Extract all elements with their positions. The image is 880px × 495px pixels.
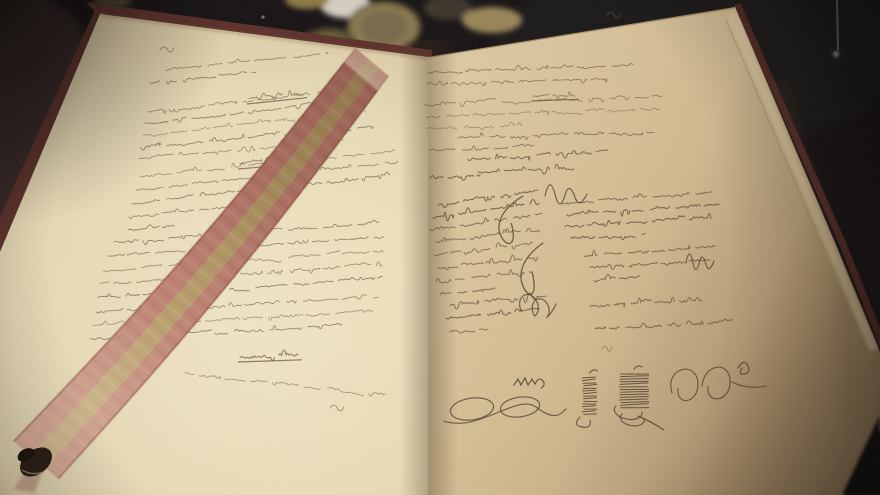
corner-darkening	[0, 0, 260, 230]
photo-vignette	[0, 0, 880, 495]
photo-canvas	[0, 0, 880, 495]
museum-photo-scene	[0, 0, 880, 495]
